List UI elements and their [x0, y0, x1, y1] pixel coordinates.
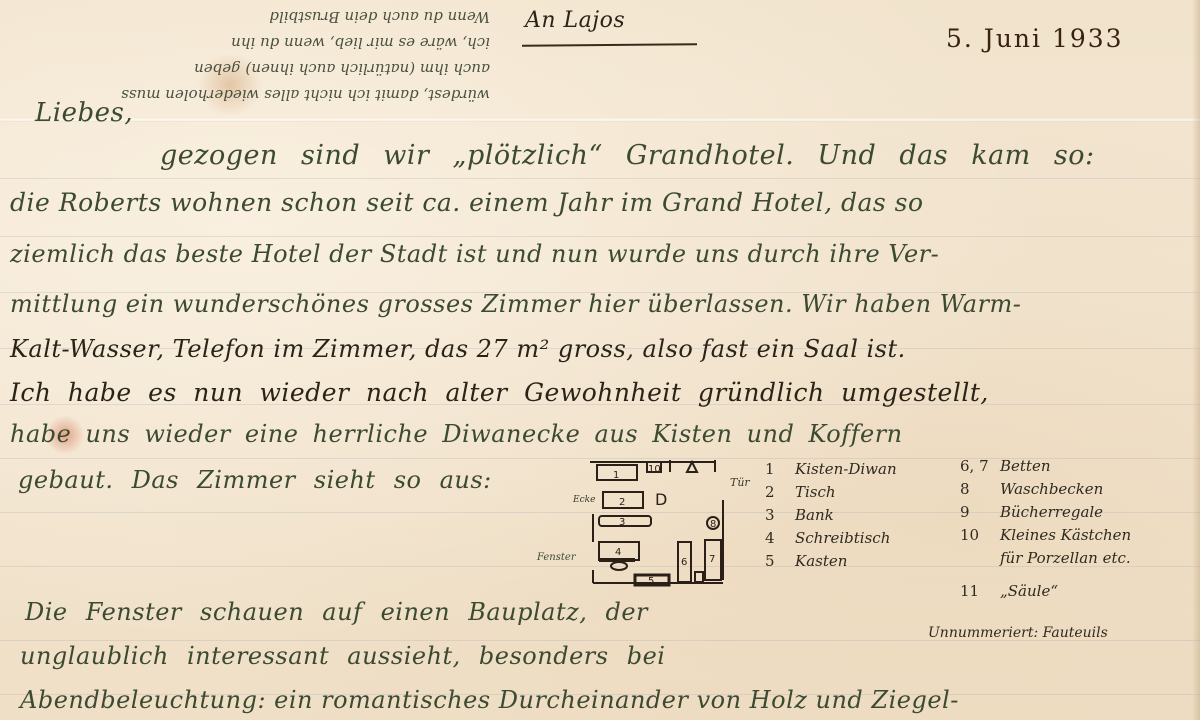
body-line: Ich habe es nun wieder nach alter Gewohn…: [10, 378, 989, 407]
upside-down-postscript: würdest, damit ich nicht alles wiederhol…: [40, 4, 490, 108]
legend-item: 8Waschbecken: [960, 478, 1131, 501]
legend-item: 11„Säule“: [960, 580, 1131, 603]
svg-text:4: 4: [615, 547, 621, 558]
floor-plan-legend-left: 1Kisten-Diwan 2Tisch 3Bank 4Schreibtisch…: [765, 458, 897, 573]
door-label: Tür: [730, 476, 750, 489]
body-line: die Roberts wohnen schon seit ca. einem …: [10, 188, 924, 217]
body-line: mittlung ein wunderschönes grosses Zimme…: [10, 290, 1021, 318]
corner-label: Ecke: [572, 495, 595, 505]
legend-item: 10Kleines Kästchen: [960, 524, 1131, 547]
body-line: Abendbeleuchtung: ein romantisches Durch…: [20, 686, 959, 714]
letter-date: 5. Juni 1933: [946, 24, 1124, 53]
legend-item: 6, 7Betten: [960, 455, 1131, 478]
ruled-line: [0, 236, 1200, 237]
postscript-line: auch ihm (natürlich auch ihnen) geben: [40, 56, 490, 82]
recipient-heading: An Lajos: [525, 8, 625, 33]
postscript-line: ich, wäre es mir lieb, wenn du ihn: [40, 30, 490, 56]
floor-plan-drawing: 1 2 3 4 5 6 7 8 10 D Tür Fenster Ecke: [535, 450, 760, 590]
room-floor-plan-sketch: 1 2 3 4 5 6 7 8 10 D Tür Fenster Ecke: [535, 450, 760, 590]
body-line: gebaut. Das Zimmer sieht so aus:: [18, 466, 492, 494]
body-line: gezogen sind wir „plötzlich“ Grandhotel.…: [160, 140, 1095, 171]
body-line: Kalt-Wasser, Telefon im Zimmer, das 27 m…: [10, 335, 906, 363]
legend-item: 9Bücherregale: [960, 501, 1131, 524]
salutation: Liebes,: [35, 98, 133, 128]
svg-text:10: 10: [648, 464, 661, 475]
legend-item: 5Kasten: [765, 550, 897, 573]
svg-text:7: 7: [709, 554, 715, 565]
legend-item: 2Tisch: [765, 481, 897, 504]
svg-text:6: 6: [681, 557, 687, 568]
svg-text:8: 8: [710, 519, 716, 530]
svg-text:5: 5: [648, 576, 654, 587]
svg-text:D: D: [655, 490, 667, 509]
legend-note: Unnummeriert: Fauteuils: [928, 625, 1108, 641]
floor-plan-legend-right: 6, 7Betten 8Waschbecken 9Bücherregale 10…: [960, 455, 1131, 603]
body-line: ziemlich das beste Hotel der Stadt ist u…: [10, 240, 939, 268]
legend-item: 1Kisten-Diwan: [765, 458, 897, 481]
body-line: habe uns wieder eine herrliche Diwanecke…: [10, 420, 903, 448]
body-line: Die Fenster schauen auf einen Bauplatz, …: [25, 598, 648, 626]
ruled-line: [0, 178, 1200, 179]
svg-text:3: 3: [619, 517, 625, 528]
svg-text:1: 1: [613, 470, 619, 481]
body-line: unglaublich interessant aussieht, besond…: [20, 642, 665, 670]
legend-item: 4Schreibtisch: [765, 527, 897, 550]
svg-text:2: 2: [619, 497, 625, 508]
paper-fold: [0, 118, 1200, 122]
legend-item: 3Bank: [765, 504, 897, 527]
postscript-line: Wenn du auch dein Brustbild: [40, 4, 490, 30]
paper-edge: [1192, 0, 1200, 720]
legend-item: für Porzellan etc.: [960, 547, 1131, 570]
window-label: Fenster: [536, 552, 577, 563]
